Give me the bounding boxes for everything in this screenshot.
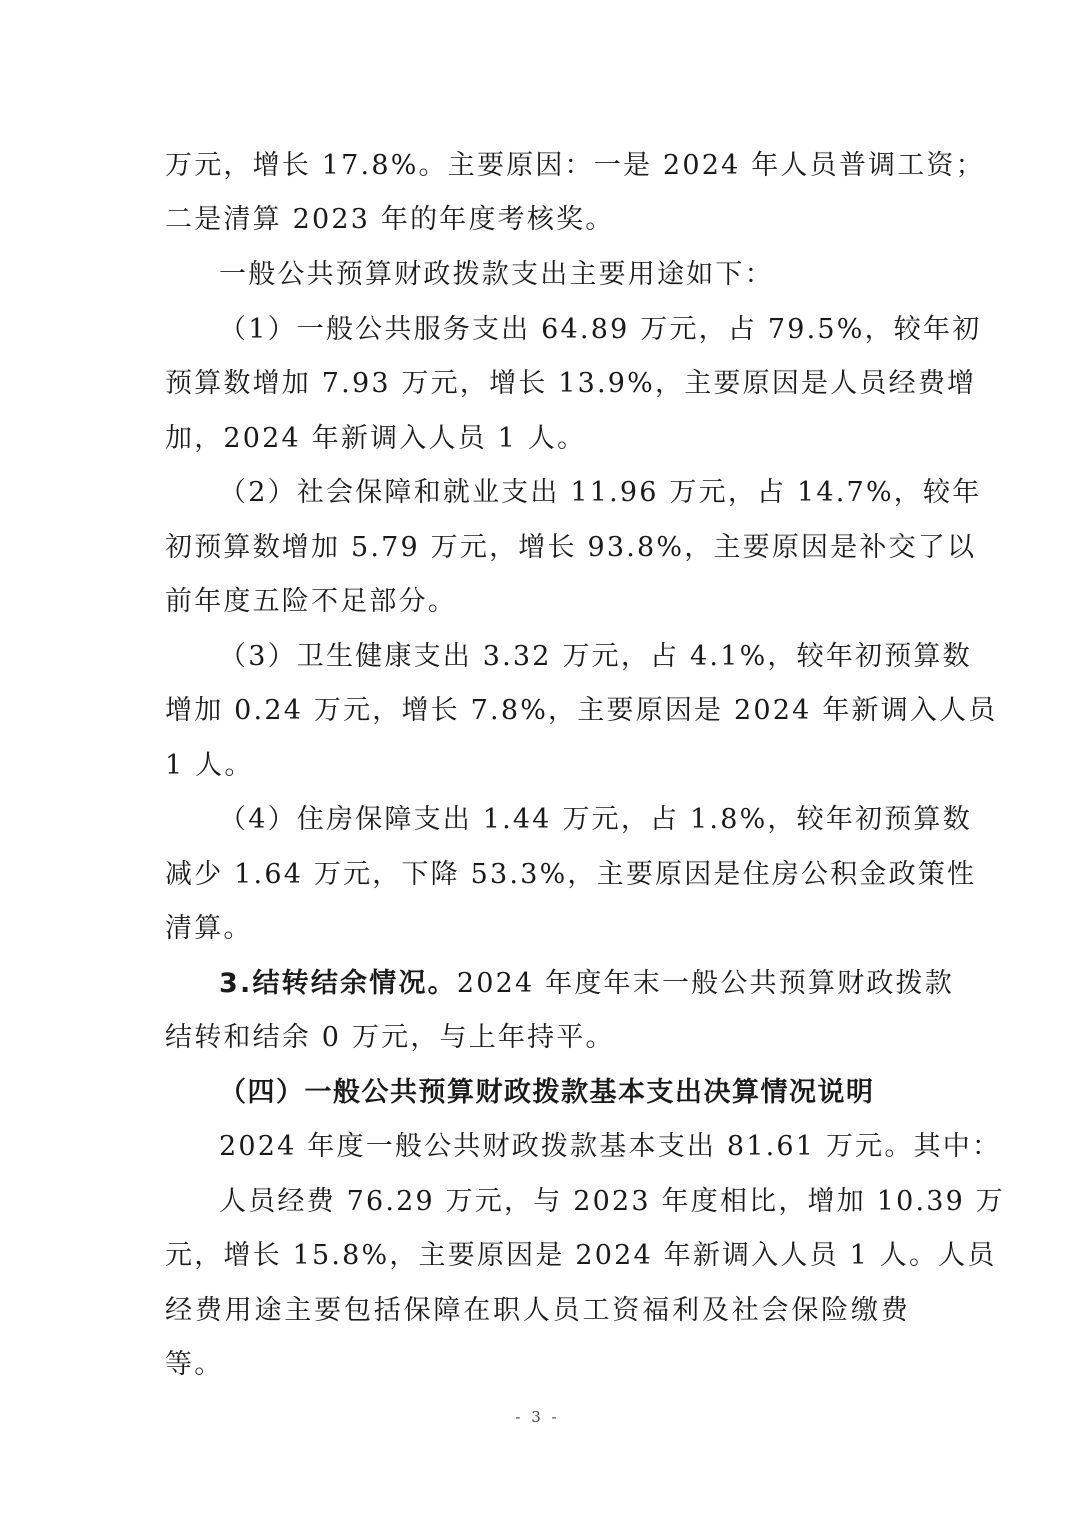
item-4-line: （4）住房保障支出 1.44 万元，占 1.8%，较年初预算数 — [219, 800, 910, 840]
basic-expense-line: 人员经费 76.29 万元，与 2023 年度相比，增加 10.39 万 — [219, 1182, 910, 1222]
item-3-line: 增加 0.24 万元，增长 7.8%，主要原因是 2024 年新调入人员 — [165, 691, 910, 731]
carryover-paragraph-line: 结转和结余 0 万元，与上年持平。 — [165, 1018, 910, 1058]
carryover-heading: 3.结转结余情况。 — [219, 968, 457, 999]
item-2-line: （2）社会保障和就业支出 11.96 万元，占 14.7%，较年 — [219, 473, 910, 513]
basic-expense-line: 经费用途主要包括保障在职人员工资福利及社会保险缴费 — [165, 1291, 910, 1331]
page-number: - 3 - — [0, 1408, 1075, 1426]
document-page: 万元，增长 17.8%。主要原因：一是 2024 年人员普调工资； 二是清算 2… — [0, 0, 1075, 1520]
item-4-line: 减少 1.64 万元，下降 53.3%，主要原因是住房公积金政策性 — [165, 855, 910, 895]
item-1-line: 预算数增加 7.93 万元，增长 13.9%，主要原因是人员经费增 — [165, 364, 910, 404]
item-1-line: 加，2024 年新调入人员 1 人。 — [165, 419, 910, 459]
carryover-paragraph-line: 3.结转结余情况。2024 年度年末一般公共预算财政拨款 — [219, 964, 910, 1004]
item-2-line: 初预算数增加 5.79 万元，增长 93.8%，主要原因是补交了以 — [165, 528, 910, 568]
basic-expense-line: 元，增长 15.8%，主要原因是 2024 年新调入人员 1 人。人员 — [165, 1236, 910, 1276]
item-4-line: 清算。 — [165, 909, 910, 949]
basic-expense-line: 等。 — [165, 1345, 910, 1385]
item-2-line: 前年度五险不足部分。 — [165, 582, 910, 622]
basic-expense-line: 2024 年度一般公共财政拨款基本支出 81.61 万元。其中： — [219, 1127, 910, 1167]
item-3-line: 1 人。 — [165, 746, 910, 786]
paragraph-line: 二是清算 2023 年的年度考核奖。 — [165, 200, 910, 240]
item-3-line: （3）卫生健康支出 3.32 万元，占 4.1%，较年初预算数 — [219, 637, 910, 677]
section-heading: （四）一般公共预算财政拨款基本支出决算情况说明 — [219, 1073, 919, 1113]
paragraph-line: 万元，增长 17.8%。主要原因：一是 2024 年人员普调工资； — [165, 146, 910, 186]
item-1-line: （1）一般公共服务支出 64.89 万元，占 79.5%，较年初 — [219, 310, 910, 350]
carryover-text: 2024 年度年末一般公共预算财政拨款 — [457, 968, 954, 999]
paragraph-line: 一般公共预算财政拨款支出主要用途如下： — [219, 255, 910, 295]
